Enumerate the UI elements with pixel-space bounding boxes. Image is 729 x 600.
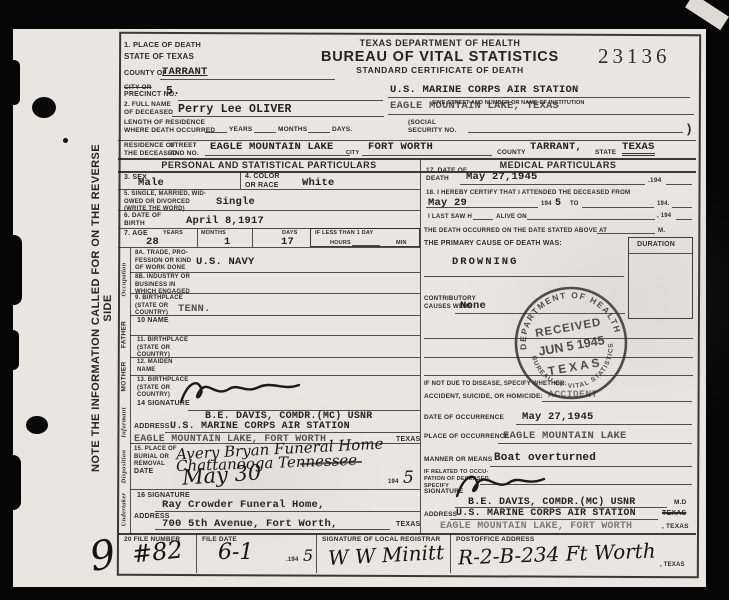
- accident-label: ACCIDENT, SUICIDE, OR HOMICIDE:: [424, 393, 543, 401]
- marital-value: Single: [216, 196, 255, 208]
- state2-value: TEXAS: [622, 141, 655, 156]
- occurrence-date-label: DATE OF OCCURRENCE: [424, 414, 504, 422]
- institution-line1: U.S. MARINE CORPS AIR STATION: [390, 84, 579, 96]
- death-date-label: 17. DATE OF DEATH: [426, 167, 467, 183]
- alive-on-label: ALIVE ON: [496, 213, 527, 221]
- film-hole: [26, 416, 48, 434]
- institution-caption: GIVE STREET AND NUMBER OR NAME OF INSTIT…: [432, 100, 585, 107]
- death-date-suffix: .194: [648, 177, 661, 185]
- fullname-label: 2. FULL NAME OF DECEASED: [124, 101, 173, 117]
- certify-label: 18. I HEREBY CERTIFY THAT I ATTENDED THE…: [426, 189, 630, 197]
- informant-signature-scrawl: [175, 376, 305, 408]
- not-disease-label: IF NOT DUE TO DISEASE, SPECIFY WHETHER:: [424, 381, 567, 389]
- state2-label: STATE: [595, 149, 616, 157]
- ssn-close-paren: ): [687, 121, 692, 137]
- mother-side-label: MOTHER: [121, 357, 128, 397]
- medical-signature-label: SIGNATURE: [424, 488, 464, 496]
- trade-value: U.S. NAVY: [196, 256, 255, 268]
- county2-value: TARRANT,: [530, 141, 582, 153]
- certify-to-label: TO: [570, 201, 579, 209]
- md-label: M.D: [674, 499, 687, 507]
- age-hours-label: HOURS: [330, 240, 351, 247]
- death-date-value: May 27,1945: [466, 171, 538, 183]
- film-fold: [685, 0, 729, 30]
- certify-year1: 194: [541, 201, 552, 209]
- father-side-label: FATHER: [121, 315, 128, 355]
- undertaker-side-label: Undertaker: [121, 483, 128, 537]
- occurrence-date-value: May 27,1945: [522, 411, 594, 423]
- reverse-side-note: NOTE THE INFORMATION CALLED FOR ON THE R…: [90, 143, 114, 473]
- street-label: STREET AND NO.: [170, 142, 199, 158]
- street-value: EAGLE MOUNTAIN LAKE: [210, 141, 334, 153]
- bureau-title: BUREAU OF VITAL STATISTICS: [280, 49, 600, 65]
- certify-year2: 194.: [657, 201, 669, 209]
- film-hole: [32, 97, 56, 118]
- age-years-label: YEARS: [163, 230, 183, 237]
- film-edge-bump: [13, 60, 20, 105]
- speck: [63, 138, 68, 143]
- city-value: FORT WORTH: [368, 141, 433, 153]
- color-race-value: White: [302, 177, 335, 189]
- occurred-label: THE DEATH OCCURRED ON THE DATE STATED AB…: [424, 227, 607, 235]
- address14-label: ADDRESS: [134, 423, 170, 432]
- place-of-death-label: 1. PLACE OF DEATH: [124, 40, 201, 49]
- color-race-label: 4. COLOR OR RACE: [245, 173, 280, 191]
- postoffice-state: , TEXAS: [660, 562, 685, 570]
- certify-year1-digit: 5: [555, 198, 561, 209]
- dept-title: TEXAS DEPARTMENT OF HEALTH: [280, 38, 600, 48]
- trade-label: 8A. TRADE, PRO- FESSION OR KIND OF WORK …: [135, 250, 191, 273]
- medical-address-line1: U.S. MARINE CORPS AIR STATION: [456, 508, 636, 519]
- address16-state: TEXAS: [396, 521, 420, 530]
- precinct-value: 5.: [166, 85, 180, 98]
- address14-line1: U.S. MARINE CORPS AIR STATION: [170, 421, 350, 432]
- film-edge-bump: [13, 330, 19, 370]
- county-label: COUNTY OF: [124, 70, 167, 79]
- age-months-label: MONTHS: [201, 230, 226, 237]
- burial-date-year-digit: 5: [403, 468, 414, 488]
- film-edge: [0, 0, 13, 600]
- medical-address-state: , TEXAS: [662, 523, 689, 531]
- duration-label: DURATION: [637, 241, 675, 250]
- father-name-label: 10 NAME: [137, 317, 169, 326]
- fullname-value: Perry Lee OLIVER: [178, 103, 292, 116]
- months-label: MONTHS: [278, 126, 307, 134]
- manner-value: Boat overturned: [494, 452, 596, 464]
- film-edge-bump: [13, 235, 22, 305]
- birthdate-value: April 8,1917: [186, 215, 264, 227]
- county-value: TARRANT: [162, 66, 208, 78]
- occurrence-place-value: EAGLE MOUNTAIN LAKE: [503, 430, 627, 442]
- burial-date-year-prefix: 194: [388, 479, 399, 487]
- file-date-value: 6-1: [218, 540, 253, 565]
- occurred-suffix: M.: [658, 227, 665, 235]
- medical-address-label: ADDRESS: [424, 511, 457, 519]
- occurrence-place-label: PLACE OF OCCURRENCE: [424, 433, 509, 441]
- medical-address-struck: TEXAS: [662, 510, 686, 519]
- certificate-title: STANDARD CERTIFICATE OF DEATH: [280, 65, 600, 75]
- file-date-year: .194: [286, 557, 298, 565]
- age-less-label: IF LESS THAN 1 DAY: [315, 230, 373, 237]
- contributory-value: None: [460, 300, 486, 312]
- state-of-texas-label: STATE OF TEXAS: [124, 52, 194, 62]
- age-label: 7. AGE: [124, 230, 148, 239]
- certificate-number: 23136: [598, 44, 671, 69]
- city-label: CITY: [346, 150, 359, 157]
- manner-label: MANNER OR MEANS: [424, 456, 492, 464]
- personal-section-header: PERSONAL AND STATISTICAL PARTICULARS: [118, 160, 420, 170]
- file-number-value: #82: [131, 535, 184, 568]
- film-edge-bump: [13, 455, 21, 510]
- medical-address-line2: EAGLE MOUNTAIN LAKE, FORT WORTH: [440, 521, 632, 532]
- residence-length-label: LENGTH OF RESIDENCE WHERE DEATH OCCURRED: [124, 119, 215, 135]
- burial-label: 15. PLACE OF BURIAL OR REMOVAL: [134, 446, 177, 469]
- county2-label: COUNTY: [497, 149, 526, 157]
- signature14-label: 14 SIGNATURE: [137, 400, 190, 409]
- accident-value: ACCIDENT: [548, 390, 598, 401]
- primary-cause-value: DROWNING: [452, 256, 518, 268]
- scanned-death-certificate: NOTE THE INFORMATION CALLED FOR ON THE R…: [0, 0, 729, 600]
- sex-value: Male: [138, 177, 164, 189]
- maiden-name-label: 12. MAIDEN NAME: [137, 359, 173, 374]
- age-min-label: MIN: [396, 240, 407, 247]
- birthdate-label: 6. DATE OF BIRTH: [124, 212, 161, 228]
- days-label: DAYS.: [332, 126, 352, 134]
- birthplace-value: TENN.: [178, 303, 211, 315]
- occupation-side-label: Occupation: [121, 252, 128, 308]
- last-saw-label: I LAST SAW H: [428, 213, 472, 221]
- file-date-year-digit: 5: [303, 546, 313, 565]
- years-label: YEARS: [229, 126, 252, 134]
- ssn-label: (SOCIAL SECURITY NO.: [408, 119, 457, 135]
- signature16-value: Ray Crowder Funeral Home,: [162, 499, 325, 511]
- form-title-block: TEXAS DEPARTMENT OF HEALTH BUREAU OF VIT…: [280, 38, 600, 75]
- burial-date-label: DATE: [134, 468, 153, 477]
- primary-cause-label: THE PRIMARY CAUSE OF DEATH WAS:: [424, 240, 562, 249]
- last-saw-year: , 194: [657, 213, 671, 221]
